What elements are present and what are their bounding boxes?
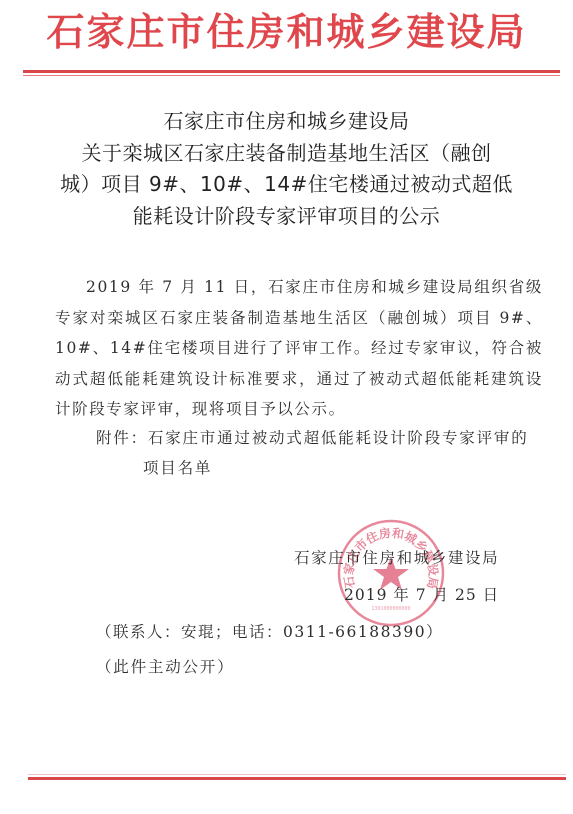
masthead-title: 石家庄市住房和城乡建设局 xyxy=(0,6,573,58)
footer-rule-thin xyxy=(28,774,566,775)
attachment-line-2: 项目名单 xyxy=(96,453,529,483)
title-line-2: 关于栾城区石家庄装备制造基地生活区（融创 xyxy=(40,138,533,170)
title-line-1: 石家庄市住房和城乡建设局 xyxy=(40,106,533,138)
masthead-rule-thin xyxy=(23,75,560,76)
signature-organization: 石家庄市住房和城乡建设局 xyxy=(294,546,499,568)
contact-info: （联系人：安琨；电话：0311-66188390） xyxy=(96,620,443,642)
document-title: 石家庄市住房和城乡建设局 关于栾城区石家庄装备制造基地生活区（融创 城）项目 9… xyxy=(40,106,533,232)
attachment-note: 附件：石家庄市通过被动式超低能耗设计阶段专家评审的 项目名单 xyxy=(96,423,529,483)
disclosure-note: （此件主动公开） xyxy=(96,655,234,677)
attachment-line-1: 石家庄市通过被动式超低能耗设计阶段专家评审的 xyxy=(148,429,529,447)
signature-date: 2019 年 7 月 25 日 xyxy=(344,583,499,605)
masthead-rule-thick xyxy=(23,70,560,73)
official-seal-icon: 石家庄市住房和城乡建设局 1301000000000 xyxy=(336,518,446,628)
title-line-4: 能耗设计阶段专家评审项目的公示 xyxy=(40,201,533,233)
document-body: 2019 年 7 月 11 日，石家庄市住房和城乡建设局组织省级专家对栾城区石家… xyxy=(55,272,543,425)
footer-rule xyxy=(28,777,566,780)
body-paragraph: 2019 年 7 月 11 日，石家庄市住房和城乡建设局组织省级专家对栾城区石家… xyxy=(55,272,543,425)
title-line-3: 城）项目 9#、10#、14#住宅楼通过被动式超低 xyxy=(40,169,533,201)
attachment-label: 附件： xyxy=(96,429,148,447)
svg-text:1301000000000: 1301000000000 xyxy=(371,606,410,612)
